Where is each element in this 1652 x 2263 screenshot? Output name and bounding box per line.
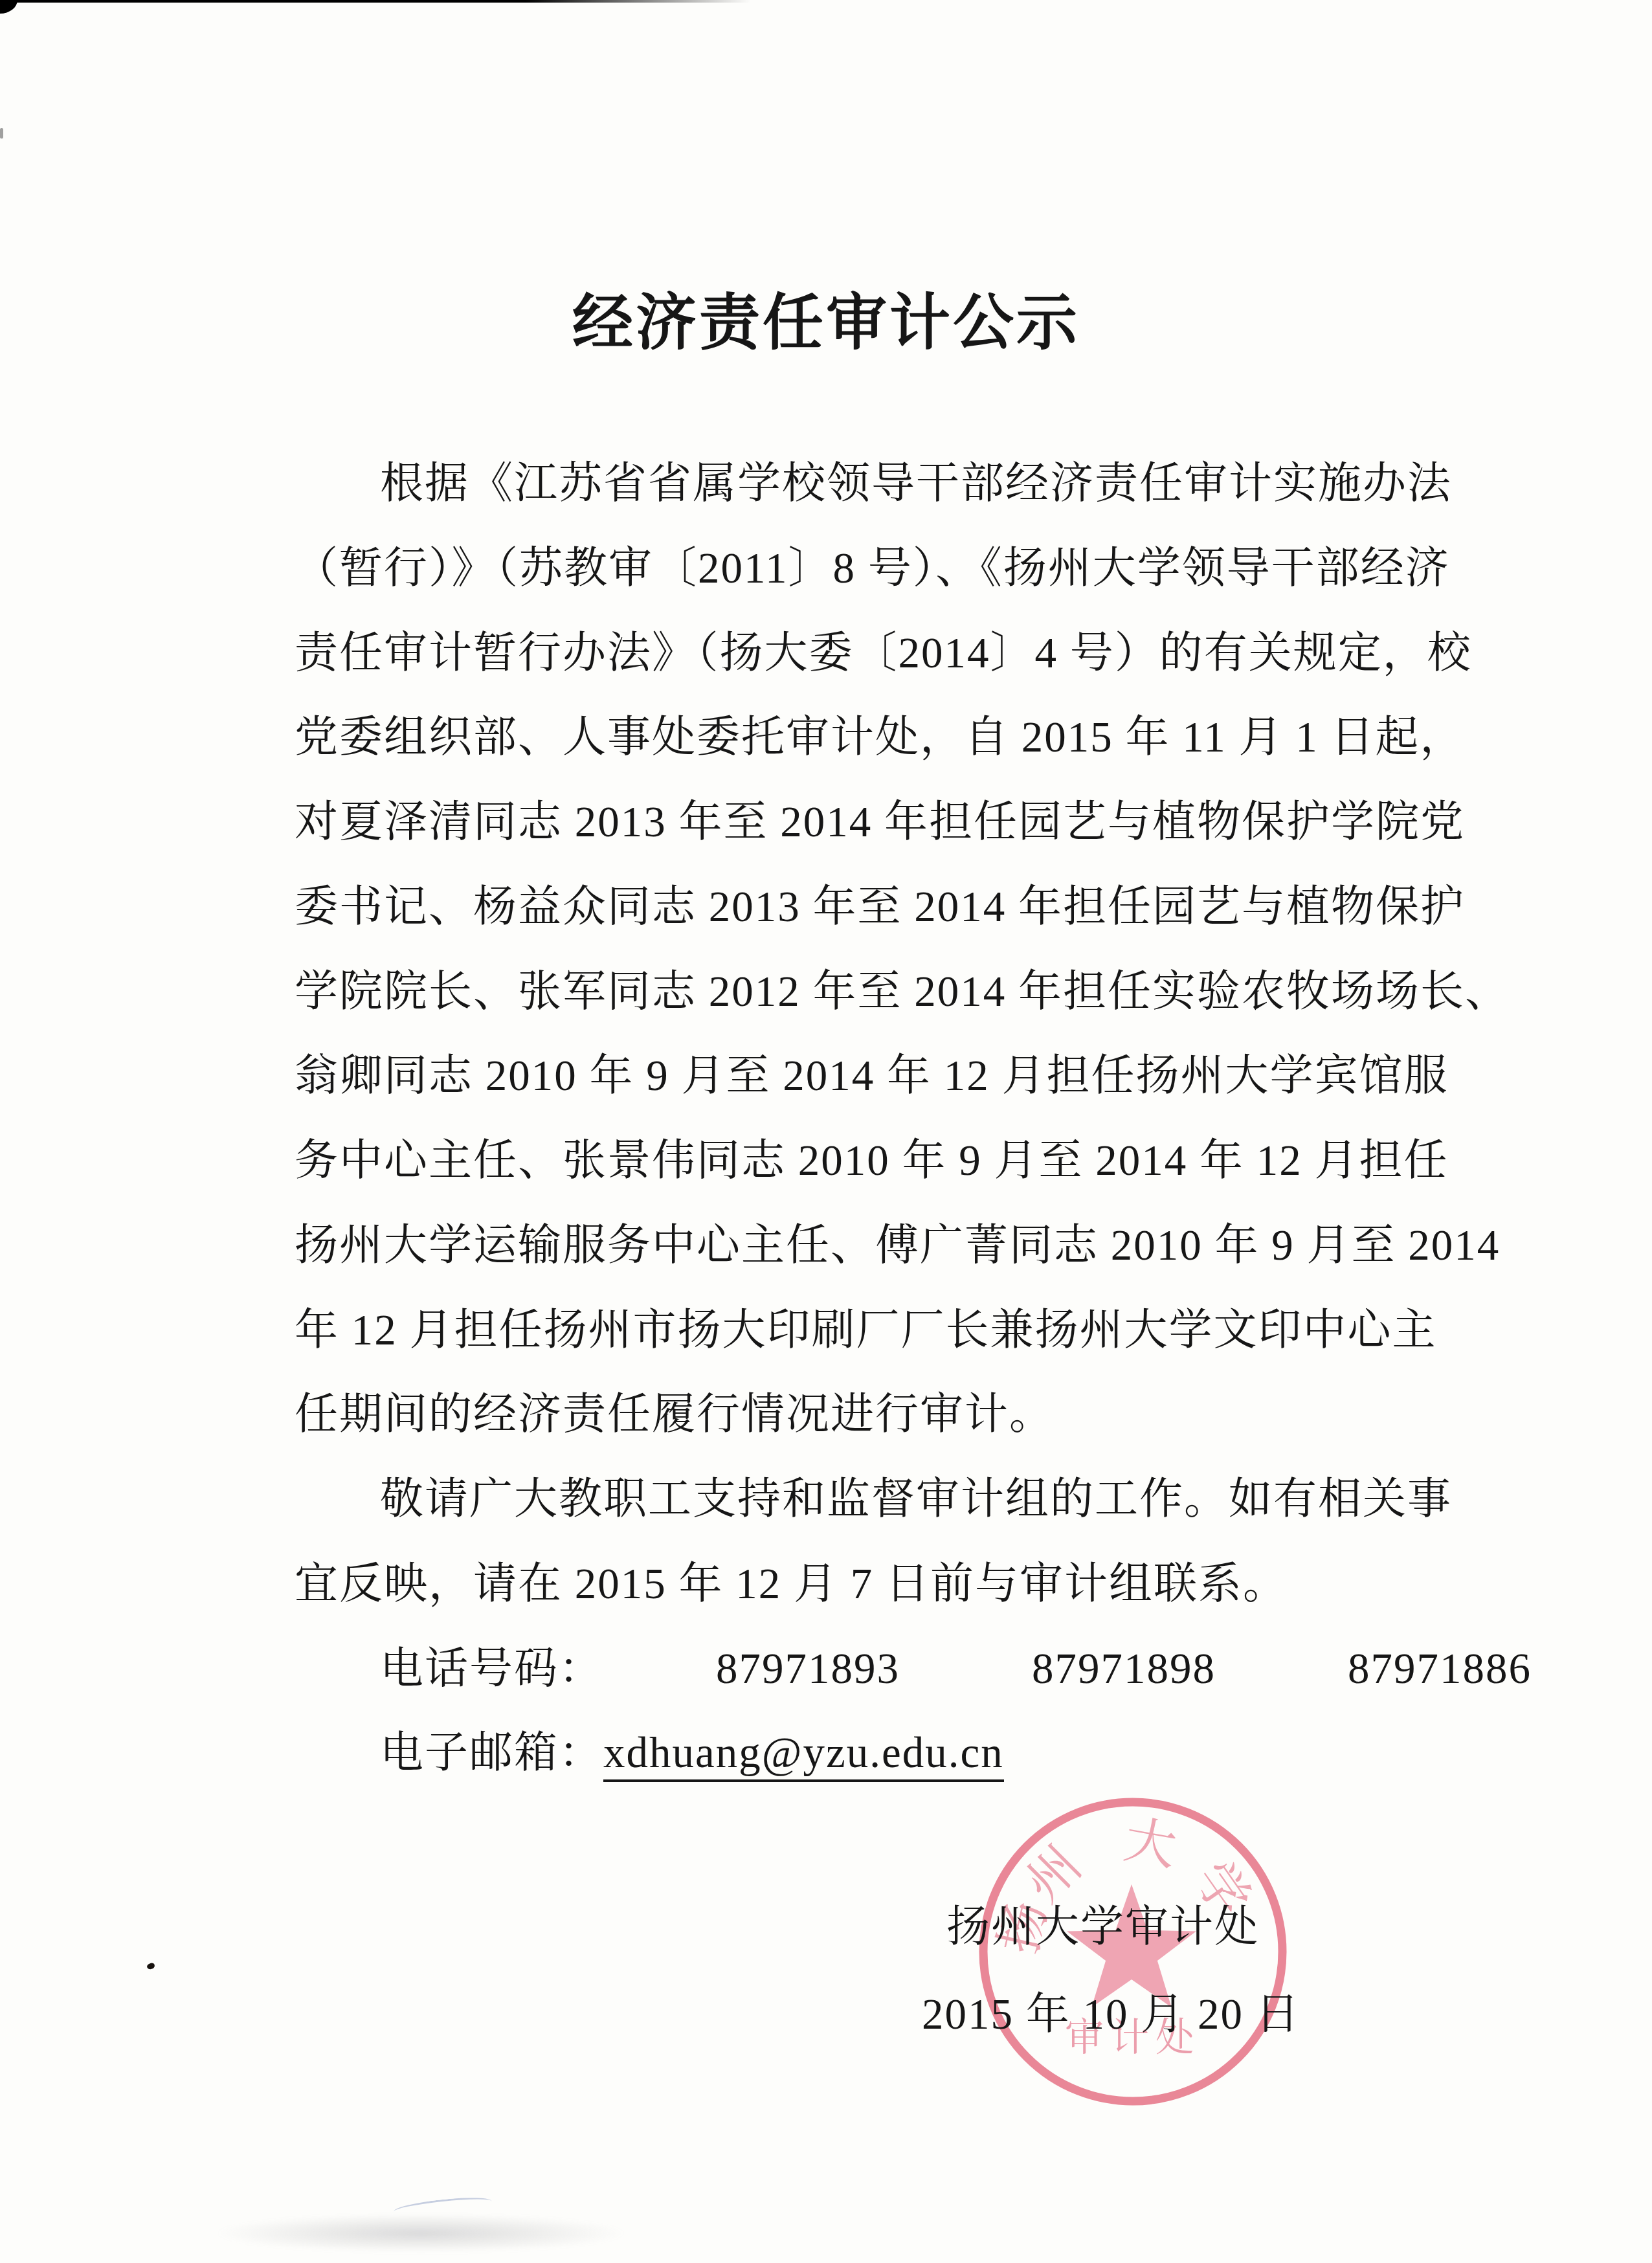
body-line-9: 务中心主任、张景伟同志 2010 年 9 月至 2014 年 12 月担任 — [295, 1118, 1395, 1203]
body-line-6: 委书记、杨益众同志 2013 年至 2014 年担任园艺与植物保护 — [295, 864, 1395, 950]
body-line-2: （暂行）》（苏教审〔2011〕8 号）、《扬州大学领导干部经济 — [295, 526, 1395, 611]
email-line: 电子邮箱：xdhuang@yzu.edu.cn — [295, 1710, 1395, 1796]
body-line-1: 根据《江苏省省属学校领导干部经济责任审计实施办法 — [295, 441, 1395, 526]
body-line-10: 扬州大学运输服务中心主任、傅广菁同志 2010 年 9 月至 2014 — [295, 1203, 1395, 1288]
scan-left-edge-speck — [0, 128, 3, 139]
body-line-13: 敬请广大教职工支持和监督审计组的工作。如有相关事 — [295, 1456, 1395, 1542]
body-line-11: 年 12 月担任扬州市扬大印刷厂厂长兼扬州大学文印中心主 — [295, 1288, 1395, 1373]
phone-label: 电话号码： — [380, 1645, 603, 1693]
signature-org: 扬州大学审计处 — [946, 1884, 1259, 1970]
phone-number-2: 87971898 — [946, 1626, 1216, 1711]
body-line-4: 党委组织部、人事处委托审计处，自 2015 年 11 月 1 日起， — [295, 695, 1395, 780]
body-line-7: 学院院长、张军同志 2012 年至 2014 年担任实验农牧场场长、 — [295, 949, 1395, 1034]
scan-bottom-smudge — [214, 2214, 628, 2253]
scanned-document-page: 经济责任审计公示 根据《江苏省省属学校领导干部经济责任审计实施办法 （暂行）》（… — [0, 0, 1652, 2263]
scan-top-edge-artifact — [0, 0, 751, 3]
email-label: 电子邮箱： — [380, 1729, 603, 1777]
phone-line: 电话号码：879718938797189887971886 — [295, 1626, 1395, 1711]
seal-arc-char-3: 大 — [1120, 1812, 1181, 1877]
email-address: xdhuang@yzu.edu.cn — [603, 1729, 1004, 1782]
scan-stray-dot — [146, 1963, 155, 1970]
scan-corner-artifact — [0, 0, 17, 14]
phone-number-3: 87971886 — [1262, 1626, 1532, 1711]
body-line-14: 宜反映，请在 2015 年 12 月 7 日前与审计组联系。 — [295, 1541, 1395, 1627]
signature-date: 2015 年 10 月 20 日 — [922, 1972, 1300, 2057]
phone-number-1: 87971893 — [631, 1626, 900, 1711]
body-line-12: 任期间的经济责任履行情况进行审计。 — [295, 1372, 1395, 1457]
body-line-3: 责任审计暂行办法》（扬大委〔2014〕4 号）的有关规定，校 — [295, 610, 1395, 696]
body-line-5: 对夏泽清同志 2013 年至 2014 年担任园艺与植物保护学院党 — [295, 779, 1395, 865]
document-title: 经济责任审计公示 — [0, 278, 1652, 369]
body-line-8: 翁卿同志 2010 年 9 月至 2014 年 12 月担任扬州大学宾馆服 — [295, 1033, 1395, 1119]
